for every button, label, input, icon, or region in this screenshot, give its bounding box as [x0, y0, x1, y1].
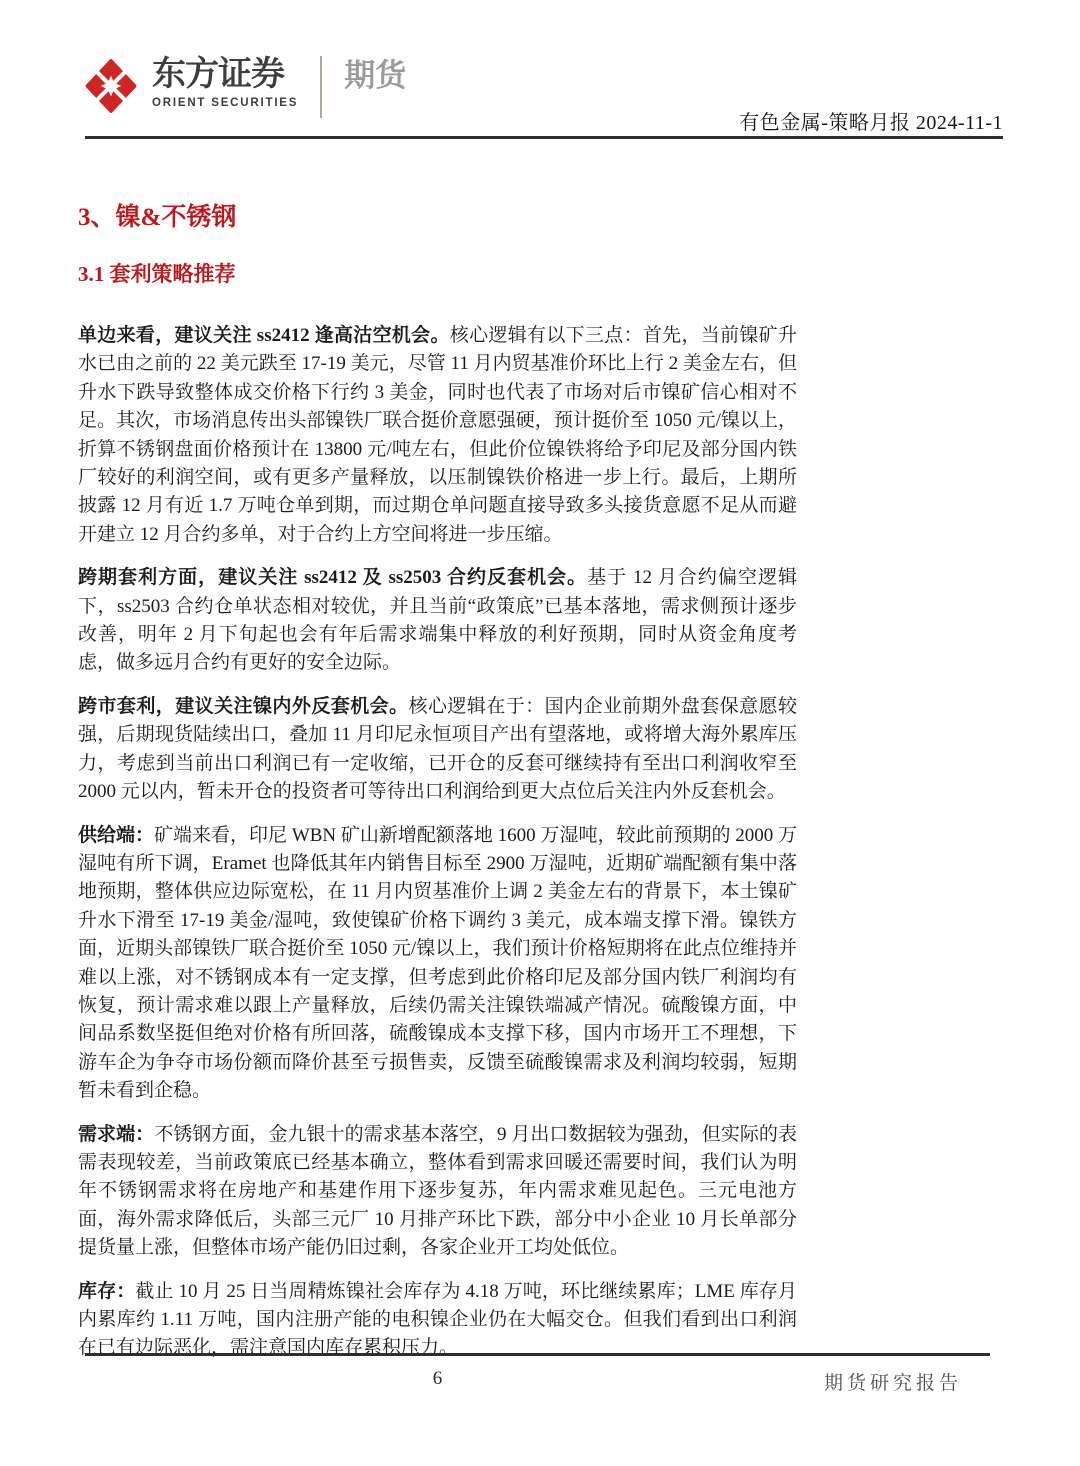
header-brand: 东方证券 ORIENT SECURITIES 期货 [85, 54, 406, 118]
paragraph-lead: 供给端： [78, 825, 154, 846]
paragraph-lead: 库存： [78, 1281, 135, 1302]
paragraph-text: 核心逻辑有以下三点：首先，当前镍矿升水已由之前的 22 美元跌至 17-19 美… [78, 325, 797, 545]
paragraph-lead: 单边来看，建议关注 ss2412 逢高沽空机会。 [78, 325, 450, 346]
brand-name-en: ORIENT SECURITIES [152, 97, 298, 109]
footer-rule [85, 1353, 990, 1356]
paragraph-text: 不锈钢方面，金九银十的需求基本落空，9 月出口数据较为强劲，但实际的表需表现较差… [78, 1124, 797, 1259]
page-number: 6 [78, 1368, 797, 1390]
logo-divider [320, 56, 322, 118]
paragraph-cross-market: 跨市套利，建议关注镍内外反套机会。核心逻辑在于：国内企业前期外盘套保意愿较强，后… [78, 693, 797, 807]
report-body: 3、镍&不锈钢 3.1 套利策略推荐 单边来看，建议关注 ss2412 逢高沽空… [78, 202, 797, 1378]
paragraph-lead: 需求端： [78, 1124, 154, 1145]
paragraph-single-side-strategy: 单边来看，建议关注 ss2412 逢高沽空机会。核心逻辑有以下三点：首先，当前镍… [78, 322, 797, 549]
brand-text: 东方证券 ORIENT SECURITIES [152, 54, 298, 109]
paragraph-calendar-spread: 跨期套利方面，建议关注 ss2412 及 ss2503 合约反套机会。基于 12… [78, 564, 797, 678]
paragraph-inventory: 库存：截止 10 月 25 日当周精炼镍社会库存为 4.18 万吨，环比继续累库… [78, 1278, 797, 1363]
brand-unit-label: 期货 [344, 56, 406, 96]
section-title: 3、镍&不锈钢 [78, 202, 797, 234]
report-page: 东方证券 ORIENT SECURITIES 期货 有色金属-策略月报 2024… [0, 0, 1080, 1466]
paragraph-demand: 需求端：不锈钢方面，金九银十的需求基本落空，9 月出口数据较为强劲，但实际的表需… [78, 1121, 797, 1263]
report-doc-info: 有色金属-策略月报 2024-11-1 [739, 106, 1003, 135]
paragraph-lead: 跨期套利方面，建议关注 ss2412 及 ss2503 合约反套机会。 [78, 567, 587, 588]
brand-name-cn: 东方证券 [152, 54, 298, 94]
paragraph-text: 截止 10 月 25 日当周精炼镍社会库存为 4.18 万吨，环比继续累库；LM… [78, 1281, 797, 1359]
paragraph-lead: 跨市套利，建议关注镍内外反套机会。 [78, 696, 409, 717]
paragraph-supply: 供给端：矿端来看，印尼 WBN 矿山新增配额落地 1600 万湿吨，较此前预期的… [78, 822, 797, 1106]
paragraph-text: 矿端来看，印尼 WBN 矿山新增配额落地 1600 万湿吨，较此前预期的 200… [78, 825, 797, 1102]
header-rule [85, 136, 1003, 139]
orient-securities-diamond-logo-icon [85, 58, 137, 114]
subsection-title: 3.1 套利策略推荐 [78, 260, 797, 288]
footer-report-type-label: 期货研究报告 [824, 1368, 962, 1395]
